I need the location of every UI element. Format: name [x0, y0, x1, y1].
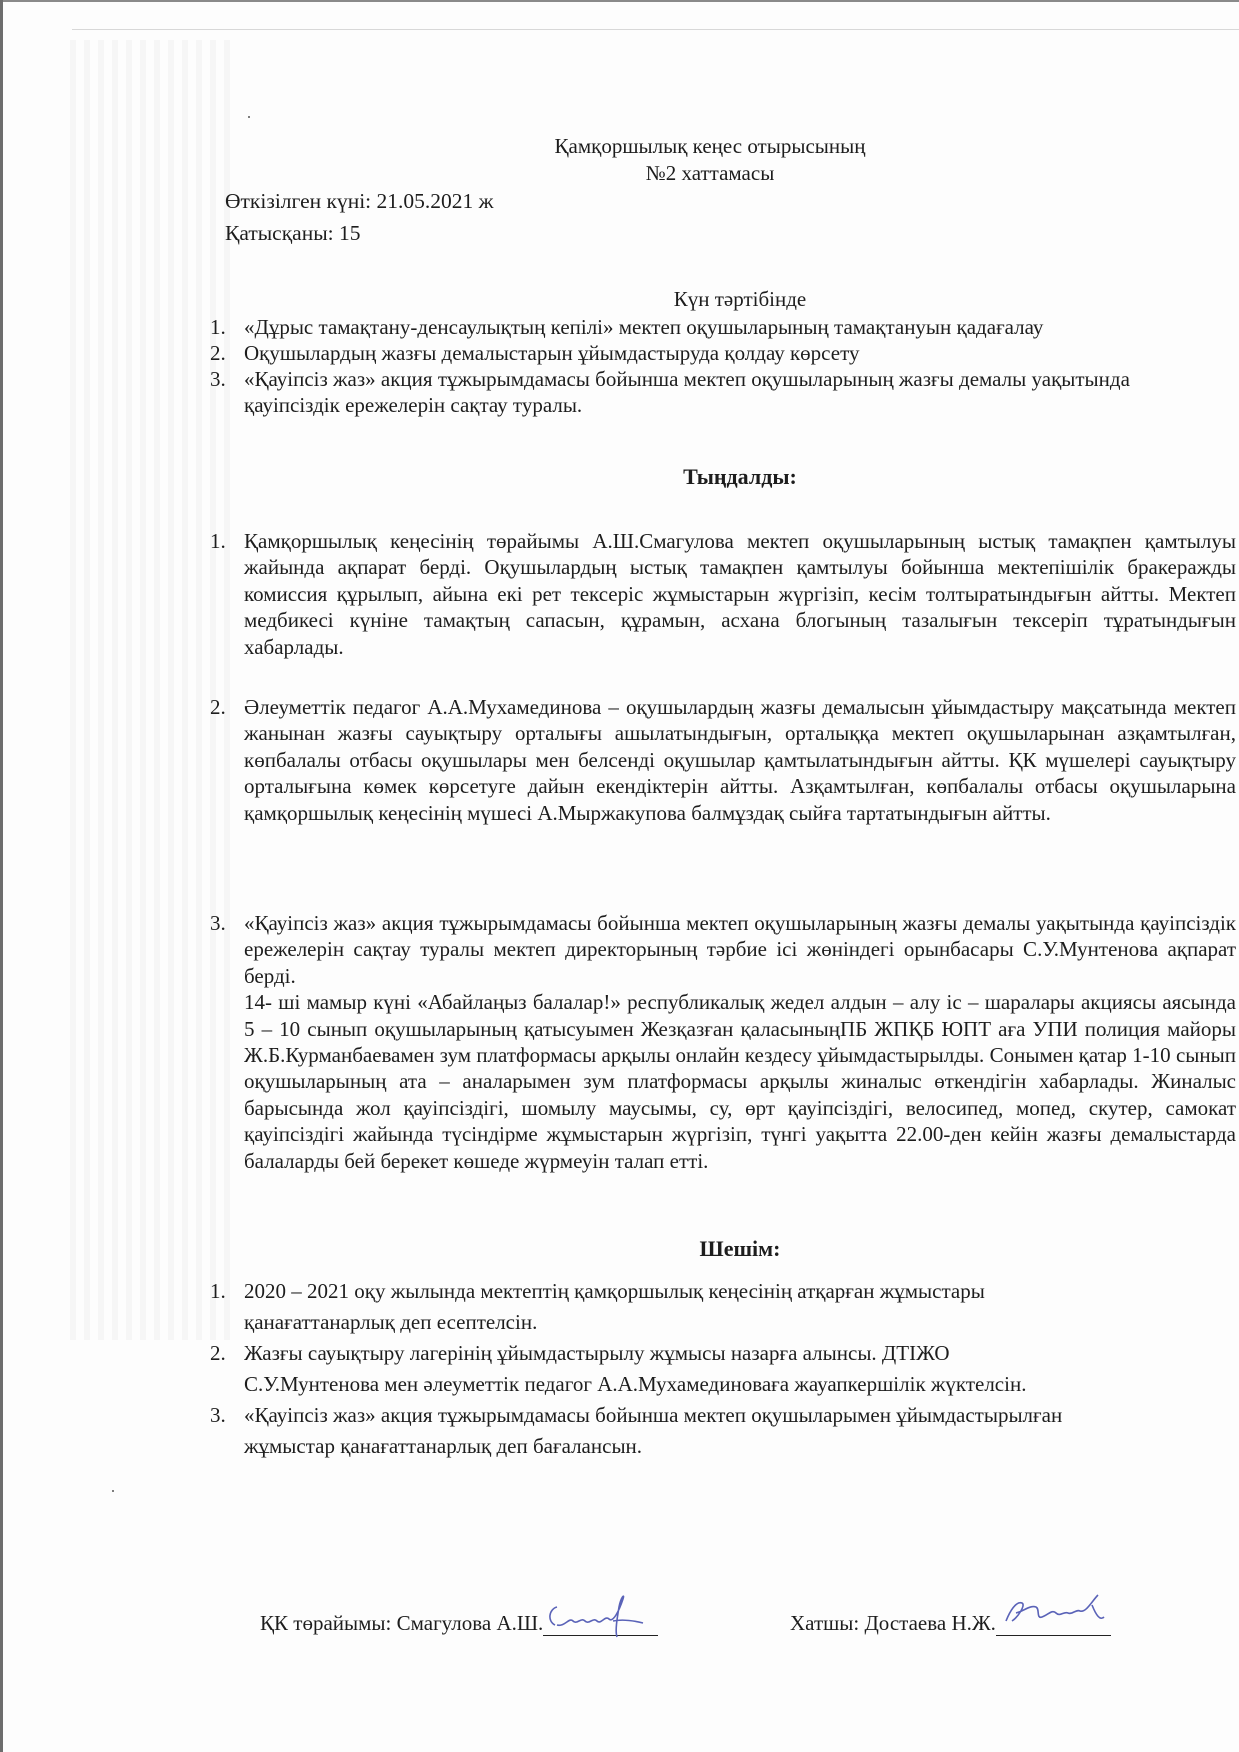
decision-item: 3. «Қауіпсіз жаз» акция тұжырымдамасы бо… — [244, 1400, 1224, 1462]
item-number: 1. — [210, 528, 226, 554]
secretary-label: Хатшы: Достаева Н.Ж. — [790, 1611, 996, 1635]
item-text: Оқушылардың жазғы демалыстарын ұйымдасты… — [244, 341, 859, 365]
heard-item-1: 1. Қамқоршылық кеңесінің төрайымы А.Ш.См… — [244, 528, 1236, 660]
item-paragraph: «Қауіпсіз жаз» акция тұжырымдамасы бойын… — [244, 910, 1236, 989]
item-text: «Дұрыс тамақтану-денсаулықтың кепілі» ме… — [244, 315, 1043, 339]
agenda-item: 3. «Қауіпсіз жаз» акция тұжырымдамасы бо… — [244, 366, 1174, 418]
scan-speck — [112, 1490, 114, 1492]
item-paragraph: Қамқоршылық кеңесінің төрайымы А.Ш.Смагу… — [244, 528, 1236, 660]
item-text-line: «Қауіпсіз жаз» акция тұжырымдамасы бойын… — [244, 1400, 1224, 1431]
item-number: 3. — [210, 366, 226, 392]
item-number: 2. — [210, 340, 226, 366]
meeting-date: Өткізілген күні: 21.05.2021 ж — [225, 188, 494, 214]
document-title-line2: №2 хаттамасы — [0, 160, 1239, 186]
secretary-signature-block: Хатшы: Достаева Н.Ж. — [790, 1610, 1111, 1636]
scan-speck — [248, 116, 250, 118]
handwritten-signature-icon — [543, 1591, 658, 1641]
item-number: 1. — [210, 1276, 226, 1307]
item-number: 3. — [210, 1400, 226, 1431]
chair-signature-block: ҚК төрайымы: Смагулова А.Ш. — [260, 1610, 658, 1636]
decision-item: 1. 2020 – 2021 оқу жылында мектептің қам… — [244, 1276, 1224, 1338]
item-text-line: С.У.Мунтенова мен әлеуметтік педагог А.А… — [244, 1369, 1224, 1400]
heard-item-2: 2. Әлеуметтік педагог А.А.Мухамединова –… — [244, 694, 1236, 826]
scan-edge-top — [0, 0, 1239, 2]
item-text: «Қауіпсіз жаз» акция тұжырымдамасы бойын… — [244, 367, 1130, 417]
scan-artifact-line — [72, 29, 1239, 30]
document-title-line1: Қамқоршылық кеңес отырысының — [0, 133, 1239, 159]
heard-item: 2. Әлеуметтік педагог А.А.Мухамединова –… — [244, 694, 1236, 826]
agenda-item: 2. Оқушылардың жазғы демалыстарын ұйымда… — [244, 340, 1204, 366]
chair-signature-line — [543, 1611, 658, 1636]
scan-edge-left — [0, 0, 3, 1752]
handwritten-signature-icon — [996, 1591, 1111, 1641]
item-paragraph: 14- ші мамыр күні «Абайлаңыз балалар!» р… — [244, 989, 1236, 1174]
heard-item: 3. «Қауіпсіз жаз» акция тұжырымдамасы бо… — [244, 910, 1236, 1174]
chair-label: ҚК төрайымы: Смагулова А.Ш. — [260, 1611, 543, 1635]
item-text-line: Жазғы сауықтыру лагерінің ұйымдастырылу … — [244, 1338, 1224, 1369]
item-number: 2. — [210, 1338, 226, 1369]
item-number: 1. — [210, 314, 226, 340]
item-text-line: қанағаттанарлық деп есептелсін. — [244, 1307, 1224, 1338]
agenda-title: Күн тәртібінде — [0, 286, 1239, 312]
heard-item: 1. Қамқоршылық кеңесінің төрайымы А.Ш.См… — [244, 528, 1236, 660]
agenda-item: 1. «Дұрыс тамақтану-денсаулықтың кепілі»… — [244, 314, 1204, 340]
item-text-line: 2020 – 2021 оқу жылында мектептің қамқор… — [244, 1276, 1224, 1307]
decision-item: 2. Жазғы сауықтыру лагерінің ұйымдастыры… — [244, 1338, 1224, 1400]
heard-item-3: 3. «Қауіпсіз жаз» акция тұжырымдамасы бо… — [244, 910, 1236, 1174]
secretary-signature-line — [996, 1611, 1111, 1636]
item-text-line: жұмыстар қанағаттанарлық деп бағалансын. — [244, 1431, 1224, 1462]
scan-bleed-through — [70, 40, 230, 1340]
item-number: 3. — [210, 910, 226, 936]
attendance-count: Қатысқаны: 15 — [225, 220, 361, 246]
agenda-list: 1. «Дұрыс тамақтану-денсаулықтың кепілі»… — [244, 314, 1204, 418]
decision-section-title: Шешім: — [0, 1236, 1239, 1262]
heard-section-title: Тыңдалды: — [0, 464, 1239, 490]
item-number: 2. — [210, 694, 226, 720]
item-paragraph: Әлеуметтік педагог А.А.Мухамединова – оқ… — [244, 694, 1236, 826]
decision-list: 1. 2020 – 2021 оқу жылында мектептің қам… — [244, 1276, 1224, 1462]
